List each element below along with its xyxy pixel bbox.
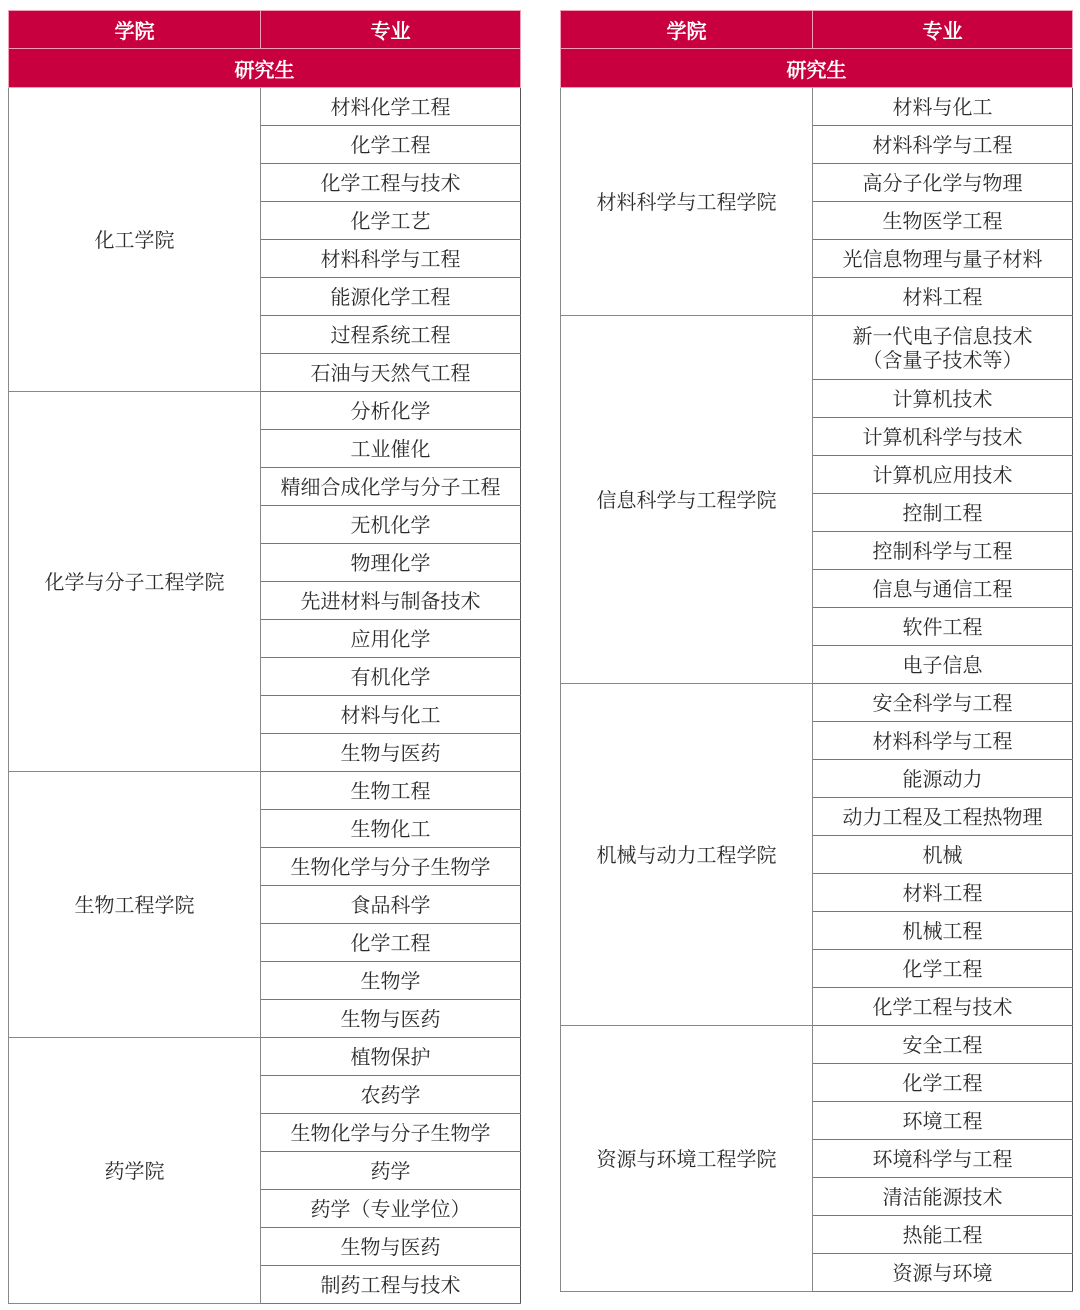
major-cell: 控制科学与工程 xyxy=(813,532,1073,570)
major-cell: 工业催化 xyxy=(261,430,521,468)
table-row: 药学院植物保护 xyxy=(9,1038,521,1076)
major-cell: 环境科学与工程 xyxy=(813,1140,1073,1178)
college-cell: 材料科学与工程学院 xyxy=(561,88,813,316)
table-row: 材料科学与工程学院材料与化工 xyxy=(561,88,1073,126)
major-cell: 生物与医药 xyxy=(261,1000,521,1038)
college-cell: 资源与环境工程学院 xyxy=(561,1026,813,1292)
major-cell: 材料科学与工程 xyxy=(261,240,521,278)
major-cell: 无机化学 xyxy=(261,506,521,544)
major-cell: 安全科学与工程 xyxy=(813,684,1073,722)
major-cell: 资源与环境 xyxy=(813,1254,1073,1292)
major-cell: 软件工程 xyxy=(813,608,1073,646)
major-cell: 化学工程 xyxy=(813,1064,1073,1102)
table-row: 资源与环境工程学院安全工程 xyxy=(561,1026,1073,1064)
major-cell: 生物工程 xyxy=(261,772,521,810)
major-cell: 能源化学工程 xyxy=(261,278,521,316)
major-cell: 环境工程 xyxy=(813,1102,1073,1140)
major-header: 专业 xyxy=(813,11,1073,49)
major-cell: 能源动力 xyxy=(813,760,1073,798)
major-cell: 化学工程与技术 xyxy=(261,164,521,202)
majors-table-right: 学院 专业 研究生 材料科学与工程学院材料与化工材料科学与工程高分子化学与物理生… xyxy=(560,10,1073,1292)
table-row: 化工学院材料化学工程 xyxy=(9,88,521,126)
major-cell: 化学工程 xyxy=(261,924,521,962)
college-header: 学院 xyxy=(9,11,261,49)
major-cell: 农药学 xyxy=(261,1076,521,1114)
table-row: 信息科学与工程学院新一代电子信息技术 （含量子技术等） xyxy=(561,316,1073,380)
major-cell: 药学 xyxy=(261,1152,521,1190)
major-cell: 安全工程 xyxy=(813,1026,1073,1064)
college-cell: 生物工程学院 xyxy=(9,772,261,1038)
major-cell: 电子信息 xyxy=(813,646,1073,684)
major-cell: 有机化学 xyxy=(261,658,521,696)
major-cell: 石油与天然气工程 xyxy=(261,354,521,392)
major-cell: 计算机科学与技术 xyxy=(813,418,1073,456)
major-cell: 应用化学 xyxy=(261,620,521,658)
major-cell: 先进材料与制备技术 xyxy=(261,582,521,620)
major-cell: 物理化学 xyxy=(261,544,521,582)
college-cell: 药学院 xyxy=(9,1038,261,1304)
major-header: 专业 xyxy=(261,11,521,49)
major-cell: 热能工程 xyxy=(813,1216,1073,1254)
major-cell: 信息与通信工程 xyxy=(813,570,1073,608)
major-cell: 新一代电子信息技术 （含量子技术等） xyxy=(813,316,1073,380)
major-cell: 机械 xyxy=(813,836,1073,874)
major-cell: 生物学 xyxy=(261,962,521,1000)
major-cell: 生物与医药 xyxy=(261,1228,521,1266)
major-cell: 计算机技术 xyxy=(813,380,1073,418)
major-cell: 制药工程与技术 xyxy=(261,1266,521,1304)
major-cell: 分析化学 xyxy=(261,392,521,430)
major-cell: 化学工程与技术 xyxy=(813,988,1073,1026)
major-cell: 生物化工 xyxy=(261,810,521,848)
table-row: 生物工程学院生物工程 xyxy=(9,772,521,810)
major-cell: 精细合成化学与分子工程 xyxy=(261,468,521,506)
table-row: 化学与分子工程学院分析化学 xyxy=(9,392,521,430)
major-cell: 植物保护 xyxy=(261,1038,521,1076)
college-cell: 化工学院 xyxy=(9,88,261,392)
major-cell: 化学工艺 xyxy=(261,202,521,240)
major-cell: 化学工程 xyxy=(813,950,1073,988)
major-cell: 材料工程 xyxy=(813,874,1073,912)
college-header: 学院 xyxy=(561,11,813,49)
major-cell: 材料与化工 xyxy=(813,88,1073,126)
college-cell: 信息科学与工程学院 xyxy=(561,316,813,684)
major-cell: 药学（专业学位） xyxy=(261,1190,521,1228)
major-cell: 材料科学与工程 xyxy=(813,126,1073,164)
section-header: 研究生 xyxy=(561,49,1073,88)
major-cell: 计算机应用技术 xyxy=(813,456,1073,494)
major-cell: 化学工程 xyxy=(261,126,521,164)
major-cell: 生物医学工程 xyxy=(813,202,1073,240)
major-cell: 光信息物理与量子材料 xyxy=(813,240,1073,278)
college-cell: 机械与动力工程学院 xyxy=(561,684,813,1026)
major-cell: 材料工程 xyxy=(813,278,1073,316)
major-cell: 控制工程 xyxy=(813,494,1073,532)
college-cell: 化学与分子工程学院 xyxy=(9,392,261,772)
table-row: 机械与动力工程学院安全科学与工程 xyxy=(561,684,1073,722)
major-cell: 材料与化工 xyxy=(261,696,521,734)
major-cell: 生物化学与分子生物学 xyxy=(261,1114,521,1152)
section-header: 研究生 xyxy=(9,49,521,88)
major-cell: 高分子化学与物理 xyxy=(813,164,1073,202)
major-cell: 材料科学与工程 xyxy=(813,722,1073,760)
majors-table-left: 学院 专业 研究生 化工学院材料化学工程化学工程化学工程与技术化学工艺材料科学与… xyxy=(8,10,521,1304)
major-cell: 动力工程及工程热物理 xyxy=(813,798,1073,836)
major-cell: 过程系统工程 xyxy=(261,316,521,354)
major-cell: 机械工程 xyxy=(813,912,1073,950)
major-cell: 食品科学 xyxy=(261,886,521,924)
major-cell: 生物与医药 xyxy=(261,734,521,772)
major-cell: 清洁能源技术 xyxy=(813,1178,1073,1216)
major-cell: 生物化学与分子生物学 xyxy=(261,848,521,886)
major-cell: 材料化学工程 xyxy=(261,88,521,126)
